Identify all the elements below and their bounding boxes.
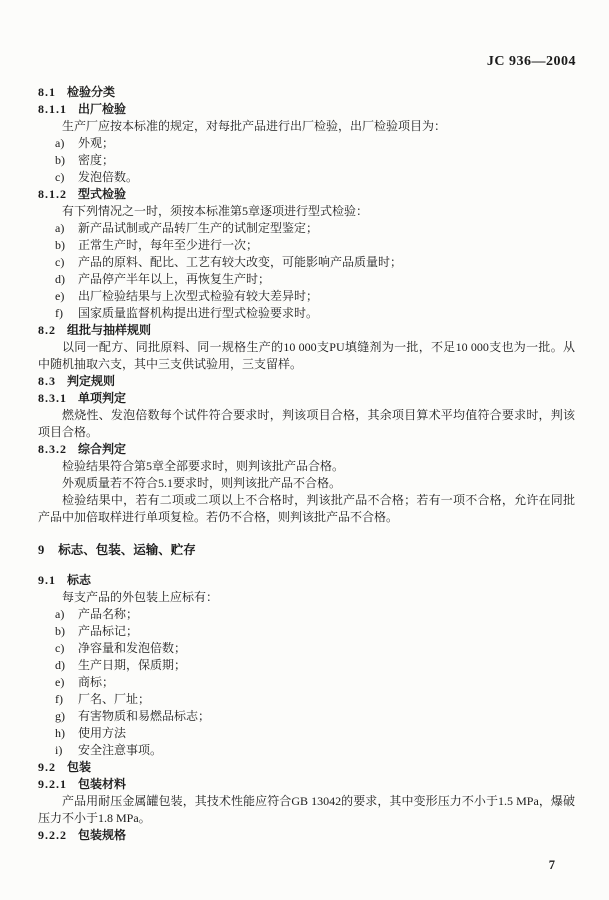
clause-title: 型式检验 [78, 187, 126, 201]
document-body: 8.1检验分类8.1.1出厂检验生产厂应按本标准的规定，对每批产品进行出厂检验，… [38, 84, 575, 844]
clause-number: 9.2.1 [38, 777, 67, 791]
list-item: f)国家质量监督机构提出进行型式检验要求时。 [38, 305, 575, 322]
list-item-label: c) [55, 640, 78, 657]
clause-number: 8.3.1 [38, 391, 67, 405]
list-item: i)安全注意事项。 [38, 742, 575, 759]
clause-heading: 8.3判定规则 [38, 373, 575, 390]
clause-number: 9.2.2 [38, 828, 67, 842]
list-item-text: 新产品试制或产品转厂生产的试制定型鉴定； [78, 221, 318, 235]
paragraph: 外观质量若不符合5.1要求时，则判该批产品不合格。 [38, 475, 575, 492]
list-item-text: 出厂检验结果与上次型式检验有较大差异时； [78, 289, 318, 303]
list-item-text: 产品的原料、配比、工艺有较大改变，可能影响产品质量时； [78, 255, 402, 269]
list-item: g)有害物质和易燃品标志； [38, 708, 575, 725]
list-item: f)厂名、厂址； [38, 691, 575, 708]
list-item: b)产品标记； [38, 623, 575, 640]
list-item-text: 安全注意事项。 [78, 743, 162, 757]
standard-number-header: JC 936—2004 [487, 54, 576, 70]
clause-title: 综合判定 [78, 442, 126, 456]
clause-heading: 8.3.2综合判定 [38, 441, 575, 458]
list-item-text: 生产日期，保质期； [78, 658, 186, 672]
clause-title: 包装材料 [78, 777, 126, 791]
list-item-label: c) [55, 169, 78, 186]
clause-number: 8.2 [38, 323, 56, 337]
list-item-label: b) [55, 237, 78, 254]
list-item-text: 产品标记； [78, 624, 138, 638]
clause-number: 9 [38, 543, 44, 557]
list-item: a)新产品试制或产品转厂生产的试制定型鉴定； [38, 220, 575, 237]
list-item-label: e) [55, 288, 78, 305]
clause-number: 9.2 [38, 760, 56, 774]
document-page: JC 936—2004 8.1检验分类8.1.1出厂检验生产厂应按本标准的规定，… [0, 0, 609, 900]
paragraph: 生产厂应按本标准的规定，对每批产品进行出厂检验，出厂检验项目为： [38, 118, 575, 135]
list-item-label: i) [55, 742, 78, 759]
list-item-text: 产品名称； [78, 607, 138, 621]
clause-heading: 8.3.1单项判定 [38, 390, 575, 407]
list-item-text: 使用方法 [78, 726, 126, 740]
list-item: e)商标； [38, 674, 575, 691]
list-item-label: h) [55, 725, 78, 742]
list-item: e)出厂检验结果与上次型式检验有较大差异时； [38, 288, 575, 305]
clause-heading: 8.2组批与抽样规则 [38, 322, 575, 339]
list-item-text: 密度； [78, 153, 114, 167]
clause-heading: 8.1.2型式检验 [38, 186, 575, 203]
clause-heading: 9.2包装 [38, 759, 575, 776]
clause-number: 8.3.2 [38, 442, 67, 456]
list-item: a)外观； [38, 135, 575, 152]
list-item-text: 有害物质和易燃品标志； [78, 709, 210, 723]
list-item-label: g) [55, 708, 78, 725]
list-item: c)发泡倍数。 [38, 169, 575, 186]
list-item: b)密度； [38, 152, 575, 169]
clause-title: 检验分类 [67, 85, 115, 99]
clause-heading: 8.1.1出厂检验 [38, 101, 575, 118]
list-item: c)净容量和发泡倍数； [38, 640, 575, 657]
paragraph: 每支产品的外包装上应标有： [38, 589, 575, 606]
list-item-label: f) [55, 305, 78, 322]
list-item: a)产品名称； [38, 606, 575, 623]
clause-title: 标志、包装、运输、贮存 [58, 543, 196, 557]
paragraph: 检验结果中，若有二项或二项以上不合格时，判该批产品不合格；若有一项不合格，允许在… [38, 492, 575, 526]
list-item-label: a) [55, 220, 78, 237]
clause-title: 判定规则 [67, 374, 115, 388]
list-item-label: b) [55, 152, 78, 169]
list-item-label: b) [55, 623, 78, 640]
clause-heading: 9.2.1包装材料 [38, 776, 575, 793]
clause-number: 8.1.1 [38, 102, 67, 116]
paragraph: 以同一配方、同批原料、同一规格生产的10 000支PU填缝剂为一批，不足10 0… [38, 339, 575, 373]
clause-title: 包装规格 [78, 828, 126, 842]
list-item-label: d) [55, 657, 78, 674]
list-item-text: 正常生产时，每年至少进行一次； [78, 238, 258, 252]
list-item-text: 外观； [78, 136, 114, 150]
list-item-label: a) [55, 135, 78, 152]
list-item: h)使用方法 [38, 725, 575, 742]
paragraph: 产品用耐压金属罐包装，其技术性能应符合GB 13042的要求，其中变形压力不小于… [38, 793, 575, 827]
clause-title: 单项判定 [78, 391, 126, 405]
clause-heading: 8.1检验分类 [38, 84, 575, 101]
list-item-label: f) [55, 691, 78, 708]
clause-number: 8.3 [38, 374, 56, 388]
list-item: c)产品的原料、配比、工艺有较大改变，可能影响产品质量时； [38, 254, 575, 271]
clause-number: 9.1 [38, 573, 56, 587]
list-item-text: 产品停产半年以上，再恢复生产时； [78, 272, 270, 286]
clause-number: 8.1 [38, 85, 56, 99]
clause-title: 包装 [67, 760, 91, 774]
clause-number: 8.1.2 [38, 187, 67, 201]
clause-title: 组批与抽样规则 [67, 323, 151, 337]
clause-title: 标志 [67, 573, 91, 587]
list-item-text: 厂名、厂址； [78, 692, 150, 706]
list-item-label: c) [55, 254, 78, 271]
paragraph: 燃烧性、发泡倍数每个试件符合要求时，判该项目合格，其余项目算术平均值符合要求时，… [38, 407, 575, 441]
list-item: d)产品停产半年以上，再恢复生产时； [38, 271, 575, 288]
list-item-label: e) [55, 674, 78, 691]
clause-heading: 9.1标志 [38, 572, 575, 589]
list-item-label: d) [55, 271, 78, 288]
list-item-text: 商标； [78, 675, 114, 689]
list-item: b)正常生产时，每年至少进行一次； [38, 237, 575, 254]
page-number: 7 [549, 858, 555, 873]
list-item-label: a) [55, 606, 78, 623]
list-item-text: 国家质量监督机构提出进行型式检验要求时。 [78, 306, 318, 320]
list-item-text: 净容量和发泡倍数； [78, 641, 186, 655]
paragraph: 有下列情况之一时，须按本标准第5章逐项进行型式检验： [38, 203, 575, 220]
list-item: d)生产日期，保质期； [38, 657, 575, 674]
clause-heading: 9.2.2包装规格 [38, 827, 575, 844]
clause-title: 出厂检验 [78, 102, 126, 116]
list-item-text: 发泡倍数。 [78, 170, 138, 184]
paragraph: 检验结果符合第5章全部要求时，则判该批产品合格。 [38, 458, 575, 475]
chapter-heading: 9标志、包装、运输、贮存 [38, 542, 575, 559]
